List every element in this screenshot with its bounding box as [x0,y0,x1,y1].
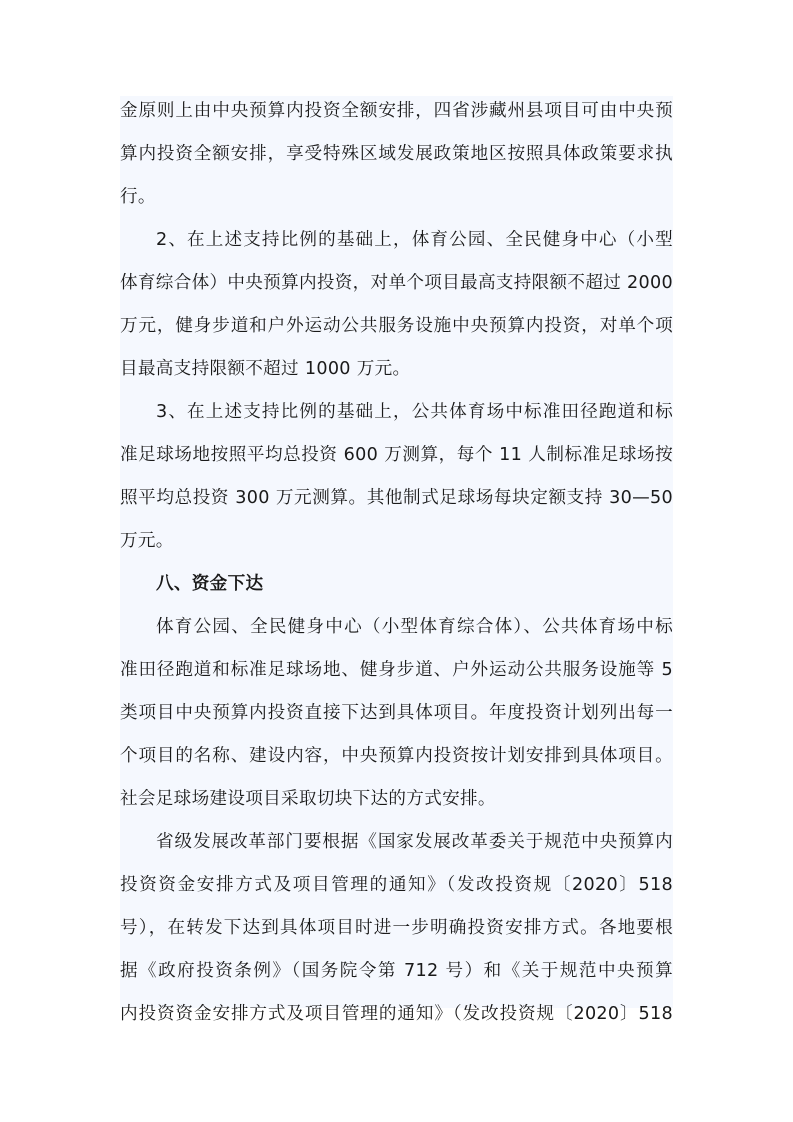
paragraph-3-start: 3、在上述支持比例的基础上，公共体育场中标准田径跑道和标 [156,397,673,427]
text-line-19: 投资资金安排方式及项目管理的通知》（发改投资规〔2020〕518 [120,870,673,900]
text-line-2: 算内投资全额安排，享受特殊区域发展政策地区按照具体政策要求执 [120,139,673,169]
text-line-15: 类项目中央预算内投资直接下达到具体项目。年度投资计划列出每一 [120,698,673,728]
section-heading: 八、资金下达 [156,569,263,599]
text-line-16: 个项目的名称、建设内容，中央预算内投资按计划安排到具体项目。 [120,741,673,771]
text-line-1: 金原则上由中央预算内投资全额安排，四省涉藏州县项目可由中央预 [120,96,673,126]
text-line-21: 据《政府投资条例》（国务院令第 712 号）和《关于规范中央预算 [120,956,673,986]
text-line-10: 照平均总投资 300 万元测算。其他制式足球场每块定额支持 30—50 [120,483,673,513]
text-line-11: 万元。 [120,526,174,556]
text-line-20: 号），在转发下达到具体项目时进一步明确投资安排方式。各地要根 [120,913,673,943]
text-line-7: 目最高支持限额不超过 1000 万元。 [120,354,410,384]
text-line-3: 行。 [120,182,156,212]
paragraph-2-start: 2、在上述支持比例的基础上，体育公园、全民健身中心（小型 [156,225,673,255]
text-line-14: 准田径跑道和标准足球场地、健身步道、户外运动公共服务设施等 5 [120,655,673,685]
text-line-22: 内投资资金安排方式及项目管理的通知》（发改投资规〔2020〕518 [120,999,673,1029]
text-line-9: 准足球场地按照平均总投资 600 万测算，每个 11 人制标准足球场按 [120,440,673,470]
document-page-body: 金原则上由中央预算内投资全额安排，四省涉藏州县项目可由中央预 算内投资全额安排，… [120,96,673,1008]
text-line-6: 万元，健身步道和户外运动公共服务设施中央预算内投资，对单个项 [120,311,673,341]
section-paragraph-1-start: 体育公园、全民健身中心（小型体育综合体）、公共体育场中标 [156,612,673,642]
section-paragraph-2-start: 省级发展改革部门要根据《国家发展改革委关于规范中央预算内 [156,827,673,857]
text-line-17: 社会足球场建设项目采取切块下达的方式安排。 [120,784,496,814]
text-line-5: 体育综合体）中央预算内投资，对单个项目最高支持限额不超过 2000 [120,268,673,298]
